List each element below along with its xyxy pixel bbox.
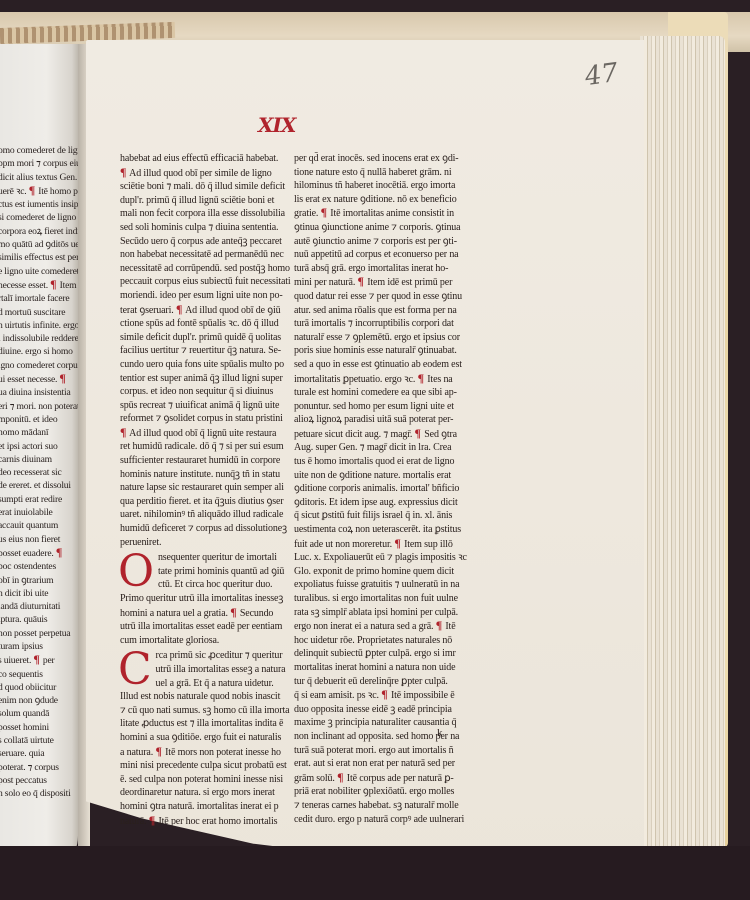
text-line: uite non de ꝯditione nature. mortalis er… (294, 469, 469, 483)
pilcrow-icon: ¶ (230, 605, 236, 619)
text-line: habebat ad eius effectū efficaciā habeba… (120, 152, 290, 166)
text-column-b: per qd̄ erat inocēs. sed inocens erat ex… (294, 152, 469, 826)
text-line: n solo eo q̄ dispositi (0, 787, 78, 800)
rubricated-initial: O (118, 553, 154, 591)
text-line: grām solū. ¶ Itē corpus ade per naturā ꝑ… (294, 771, 469, 786)
book-photograph: omo comederet de lignoppm mori ⁊ corpus … (0, 0, 750, 900)
pilcrow-icon: ¶ (120, 165, 126, 179)
signature-mark: k (437, 727, 443, 739)
text-line: spūs recreat ⁊ uiuificat animā q̄ lignū … (120, 399, 290, 413)
text-line: perueniret. (120, 536, 290, 550)
text-line: turā imortalis ⁊ incorruptibilis corpori… (294, 317, 469, 331)
text-line: sed soli hominis culpa ⁊ diuina sententi… (120, 221, 290, 235)
text-line: naturalr̄ esse ⁊ ꝯplemētū. ergo et ipsiu… (294, 331, 469, 345)
text-line: priā erat nobiliter ꝯplexiōatū. ergo mol… (294, 785, 469, 799)
text-line: d mortuū suscitare (0, 306, 78, 319)
pilcrow-icon: ¶ (155, 744, 161, 758)
pilcrow-icon: ¶ (321, 205, 327, 219)
pilcrow-icon: ¶ (50, 277, 56, 291)
text-line: moriendi. ideo per esum ligni uite non p… (120, 289, 290, 303)
text-line: humidū deficeret ⁊ corpus ad dissolution… (120, 522, 290, 536)
text-line: homo mādanī (0, 426, 78, 439)
text-line: similis effectus est per ali (0, 251, 78, 264)
text-line: fuit ade ut non moreretur. ¶ Item sup il… (294, 537, 469, 552)
text-line: mini nisi precedente culpa sicut probatū… (120, 759, 290, 773)
chapter-section: Onsequenter queritur de imortalitate pri… (120, 551, 290, 647)
pilcrow-icon: ¶ (29, 183, 35, 197)
text-line: deo recesserat sic (0, 466, 78, 479)
text-line: ꝯditione corporis animalis. imortal' bñf… (294, 482, 469, 496)
text-line: sufficienter restauraret humidū in corpo… (120, 454, 290, 468)
text-line: mali non fecit corpora illa esse dissolu… (120, 207, 290, 221)
text-line: ⁊ cū quo nati sumus. sꝫ homo cū illa imo… (120, 704, 290, 718)
text-line: simile deficit dupl'r. primū quidē q̄ uo… (120, 331, 290, 345)
text-line: erat. aut si erat non erat per naturā se… (294, 757, 469, 771)
text-line: hoc uidetur rōe. Proprietates naturales … (294, 634, 469, 648)
text-line: nature lapse sic restauraret quin semper… (120, 481, 290, 495)
text-line: peccauit corpus eius subiectū fuit neces… (120, 275, 290, 289)
text-line: carnis diuinam (0, 453, 78, 466)
pilcrow-icon: ¶ (415, 426, 421, 440)
text-line: deordinaretur natura. si ergo mors inera… (120, 786, 290, 800)
text-line: cundo uero quia fons uite spūalis multo … (120, 358, 290, 372)
text-line: Luc. x. Expoliauerūt eū ⁊ plagis imposit… (294, 551, 469, 565)
text-line: expoliatus fuisse gratuitis ⁊ uulneratū … (294, 578, 469, 592)
text-line: uaret. nihilominꝰ tñ aliquādo illud radi… (120, 508, 290, 522)
text-line: ctus est iumentis insipien (0, 198, 78, 211)
pilcrow-icon: ¶ (176, 302, 182, 316)
text-line: hilominus tñ haberet inocētiā. ergo imor… (294, 179, 469, 193)
text-line: s collatā uirtute (0, 734, 78, 747)
text-line: n uirtutis infinite. ergo (0, 319, 78, 332)
text-line: turalibus. si ergo imortalitas non fuit … (294, 592, 469, 606)
text-line: posset euadere. ¶ (0, 546, 78, 560)
text-line: accauit quantum (0, 519, 78, 532)
pilcrow-icon: ¶ (33, 652, 39, 666)
left-page-text: omo comederet de lignoppm mori ⁊ corpus … (0, 144, 78, 801)
text-line: corpus. et ideo non sequitur q̄ si diuin… (120, 385, 290, 399)
text-line: sed a quo in esse est ꝯtinuatio ab eodem… (294, 358, 469, 372)
text-line: rtalī imortale facere (0, 292, 78, 305)
text-line: mini per naturā. ¶ Item idē est primū pe… (294, 275, 469, 290)
pilcrow-icon: ¶ (418, 371, 424, 385)
text-line: duo opposita inesse eidē ꝫ eadē principi… (294, 703, 469, 717)
text-line: nuū appetitū ad corpus et econuerso per … (294, 248, 469, 262)
text-line: s uiueret. ¶ per (0, 653, 78, 667)
text-line: mponitū. et ideo (0, 413, 78, 426)
text-line: l indissolubile reddere (0, 332, 78, 345)
chapter-section: Crca primū sic ꝓceditur ⁊ queriturutrū i… (120, 649, 290, 828)
text-line: seruare. quia (0, 747, 78, 760)
text-line: turā absq̄ grā. ergo imortalitas inerat … (294, 262, 469, 276)
text-line: reformet ⁊ ꝯsolidet corpus in statu pris… (120, 412, 290, 426)
pilcrow-icon: ¶ (358, 274, 364, 288)
text-line: Primo queritur utrū illa imortalitas ine… (120, 592, 290, 606)
text-line: Illud est nobis naturale quod nobis inas… (120, 690, 290, 704)
text-line: solum quandā (0, 707, 78, 720)
text-line: turale est homini comedere ea que sibi a… (294, 386, 469, 400)
pilcrow-icon: ¶ (381, 687, 387, 701)
text-line: necesse esset. ¶ Item (0, 278, 78, 292)
text-line: cedit duro. ergo p naturā corpꝰ ade uuln… (294, 813, 469, 827)
text-line: n dicit ibi uite (0, 587, 78, 600)
text-line: delinquit subiectū ꝑpter culpā. ergo si … (294, 647, 469, 661)
text-line: obī in ꝯtrarium (0, 574, 78, 587)
text-line: ppm mori ⁊ corpus eius (0, 157, 78, 170)
text-line: eri ⁊ mori. non poterat (0, 400, 78, 413)
text-line: Glo. exponit de primo homine quem dicit (294, 565, 469, 579)
text-line: omo comederet de ligno (0, 144, 78, 157)
text-line: ꝯditoris. Et idem ipse aug. expressius d… (294, 496, 469, 510)
text-line: non habebat necessitatē ad permanēdū nec (120, 248, 290, 262)
text-line: ¶ Ad illud quod obī per simile de ligno (120, 166, 290, 181)
text-line: sciētie boni ⁊ mali. dō q̄ illud simile … (120, 180, 290, 194)
text-line: si comederet de ligno uite (0, 211, 78, 224)
text-line: de ereret. et dissolui (0, 479, 78, 492)
text-line: terat ꝯseruari. ¶ Ad illud quod obī de ꝯ… (120, 303, 290, 318)
text-line: ctione spūs ad fontē spūalis ꝛc. dō q̄ i… (120, 317, 290, 331)
text-line: qua perditio fieret. et ita q̄ꝫuis diuti… (120, 495, 290, 509)
pilcrow-icon: ¶ (59, 371, 65, 385)
text-line: homini a sua ꝯditiōe. ergo fuit ei natur… (120, 731, 290, 745)
text-line: et ipsi actori suo (0, 440, 78, 453)
text-line: autē ꝯiunctio anime ⁊ corporis est per ꝯ… (294, 235, 469, 249)
text-column-a: habebat ad eius effectū efficaciā habeba… (120, 152, 290, 828)
text-line: q̄ si eam amisit. ps ꝛc. ¶ Itē impossibi… (294, 688, 469, 703)
text-line: alioꝝ lignoꝝ paradisi uitā suā poterat p… (294, 413, 469, 427)
left-page: omo comederet de lignoppm mori ⁊ corpus … (0, 44, 78, 876)
pilcrow-icon: ¶ (56, 545, 62, 559)
text-line: quod datur rei esse ⁊ per quod in esse ꝯ… (294, 290, 469, 304)
text-line: us eius non fieret (0, 533, 78, 546)
pilcrow-icon: ¶ (394, 536, 400, 550)
text-line: gratie. ¶ Itē imortalitas anime consisti… (294, 206, 469, 221)
text-line: litate ꝓductus est ⁊ illa imortalitas in… (120, 717, 290, 731)
background-shadow (0, 846, 750, 900)
text-line: ⁊ teneras carnes habebat. sꝫ naturalr̄ m… (294, 799, 469, 813)
text-line: rata sꝫ simplr̄ ablata ipsi homini per c… (294, 606, 469, 620)
text-line: e ligno uite comederet (0, 265, 78, 278)
text-line: necessitatē ad corrūpendū. sed postq̄ꝫ h… (120, 262, 290, 276)
text-line: q̄ sicut ꝑstitū fuit filijs israel q̄ in… (294, 509, 469, 523)
text-line: ua diuina insistentia (0, 386, 78, 399)
text-line: boc ostendentes (0, 560, 78, 573)
text-line: tione nature esto q̄ nullā haberet grām.… (294, 166, 469, 180)
text-line: ponuntur. sed homo per esum ligni uite e… (294, 400, 469, 414)
text-line: corpora eoꝝ fieret indisso (0, 225, 78, 238)
text-line: dicit alius textus Gen. (0, 171, 78, 184)
text-line: ret humidū radicale. dō q̄ ⁊ si per sui … (120, 440, 290, 454)
text-line: ꝯtinua ꝯiunctione anime ⁊ corporis. ꝯtin… (294, 221, 469, 235)
text-line: mo quātū ad ꝯditōs uere (0, 238, 78, 251)
pencil-foliation: 47 (583, 58, 620, 92)
text-line: diuine. ergo si homo (0, 345, 78, 358)
text-line: turā suā poterat mori. ergo aut imortali… (294, 744, 469, 758)
text-line: petuare sicut dicit aug. ⁊ magr̄. ¶ Sed … (294, 427, 469, 442)
text-line: tur q̄ debuerit eū derelinq̄re ꝑpter cul… (294, 675, 469, 689)
text-line: co sequentis (0, 668, 78, 681)
text-line: utrū illa imortalitas esset eadē per een… (120, 620, 290, 634)
text-line: ¶ Ad illud quod obī q̄ lignū uite restau… (120, 426, 290, 441)
text-line: post peccatus (0, 774, 78, 787)
folio-heading: XIX (258, 113, 295, 137)
text-line: sumpti erat redire (0, 493, 78, 506)
text-line: d quod obiicitur (0, 681, 78, 694)
pilcrow-icon: ¶ (149, 813, 155, 827)
text-line: lis erat ex nature ꝯditione. nō ex benef… (294, 193, 469, 207)
fore-edge-page-stack (640, 36, 725, 866)
text-line: ui esset necesse. ¶ (0, 372, 78, 386)
text-line: non posset perpetua (0, 627, 78, 640)
text-line: tentior est super animā q̄ꝫ illud ligni … (120, 372, 290, 386)
text-line: ē. sed culpa non poterat homini inesse n… (120, 773, 290, 787)
text-line: Secūdo uero q̄ corpus ade anteq̄ꝫ peccar… (120, 235, 290, 249)
pilcrow-icon: ¶ (436, 618, 442, 632)
text-line: posset homini (0, 721, 78, 734)
text-line: a natura. ¶ Itē mors non poterat inesse … (120, 745, 290, 760)
pilcrow-icon: ¶ (337, 770, 343, 784)
text-line: poris siue hominis esse naturalr̄ ꝯtinua… (294, 344, 469, 358)
text-line: poterat. ⁊ corpus (0, 761, 78, 774)
text-line: uerē ꝛc. ¶ Itē homo per (0, 184, 78, 198)
text-line: igno comederet corpus (0, 359, 78, 372)
text-line: facilius uertitur ⁊ reuertitur q̄ꝫ natur… (120, 344, 290, 358)
text-line: iptura. quāuis (0, 613, 78, 626)
rubricated-initial: C (118, 651, 152, 689)
text-line: imortalitatis ꝑpetuatio. ergo ꝛc. ¶ Ites… (294, 372, 469, 387)
text-line: per qd̄ erat inocēs. sed inocens erat ex… (294, 152, 469, 166)
text-line: cum imortalitate gloriosa. (120, 634, 290, 648)
text-line: hominis nature institute. nunq̄ꝫ tñ in s… (120, 468, 290, 482)
text-line: naturā. ¶ Itē per hoc erat homo imortali… (120, 814, 290, 829)
text-line: dupl'r. primū q̄ illud lignū sciētie bon… (120, 194, 290, 208)
text-line: homini a natura uel a gratia. ¶ Secundo (120, 606, 290, 621)
text-line: Aug. super Gen. ⁊ magr̄ dicit in lra. Cr… (294, 441, 469, 455)
text-line: landā diuturnitati (0, 600, 78, 613)
text-line: uestimenta coꝝ non ueterascerēt. ita ꝑst… (294, 523, 469, 537)
text-line: ergo non inerat ei a natura sed a grā. ¶… (294, 619, 469, 634)
text-line: tus ē homo imortalis quod ei erat de lig… (294, 455, 469, 469)
pilcrow-icon: ¶ (120, 425, 126, 439)
text-line: turam ipsius (0, 640, 78, 653)
text-line: mortalitas inerat homini a natura non ui… (294, 661, 469, 675)
text-line: homini ꝯtra naturā. imortalitas inerat e… (120, 800, 290, 814)
text-line: atur. sed anima rōalis que est forma per… (294, 304, 469, 318)
text-line: enim non ꝯdude (0, 694, 78, 707)
text-line: erat inuiolabile (0, 506, 78, 519)
